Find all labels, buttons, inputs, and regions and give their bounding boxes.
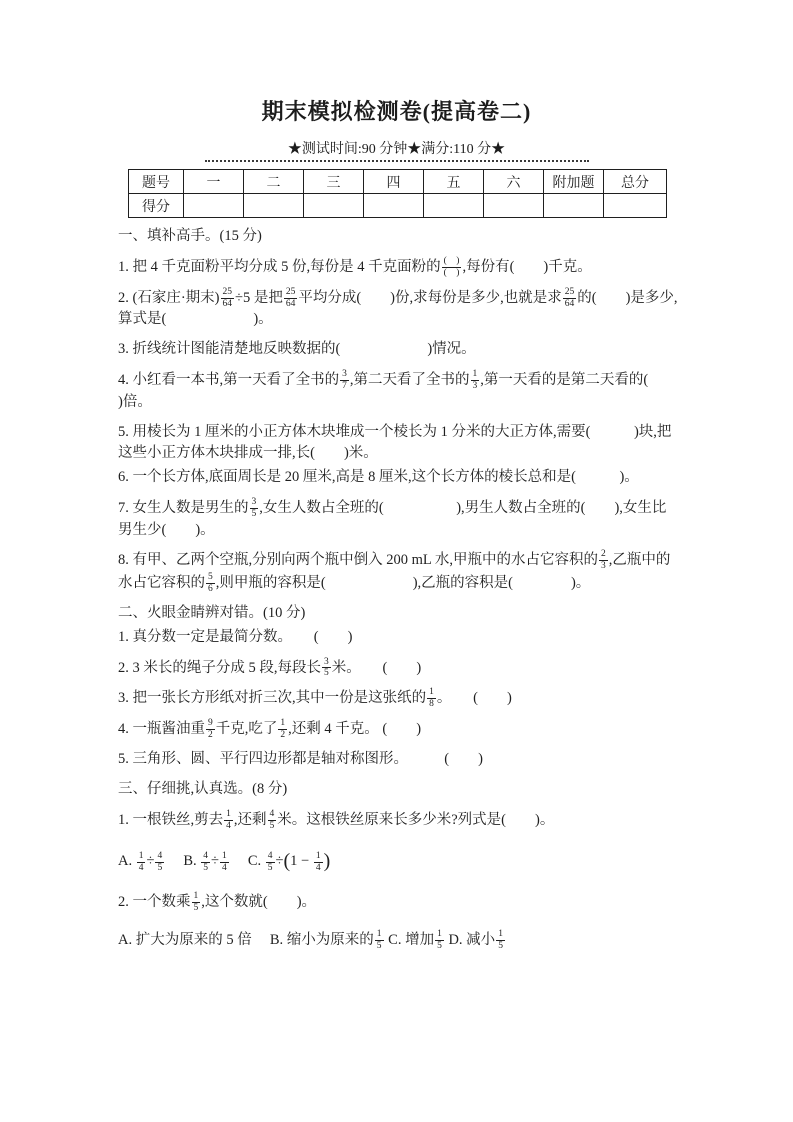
fraction: 15 — [375, 929, 384, 952]
score-table-header-cell: 四 — [364, 170, 424, 194]
text-run: C. 增加 — [385, 932, 435, 948]
text-run: 4. 小红看一本书,第一天看了全书的 — [118, 372, 339, 388]
exam-page: 期末模拟检测卷(提高卷二) ★测试时间:90 分钟★满分:110 分★ 题号 一… — [0, 0, 793, 1122]
text-run: 1 − — [290, 853, 313, 869]
text-run: 5. 三角形、圆、平行四边形都是轴对称图形。 ( ) — [118, 751, 483, 767]
text-run: 平均分成( )份,求每份是多少,也就是求 — [298, 289, 561, 305]
score-table: 题号 一 二 三 四 五 六 附加题 总分 得分 — [128, 169, 667, 218]
fraction: 23 — [599, 549, 608, 572]
question-text: 5. 三角形、圆、平行四边形都是轴对称图形。 ( ) — [118, 749, 678, 771]
fraction: 15 — [496, 929, 505, 952]
score-table-header-cell: 五 — [424, 170, 484, 194]
text-run: 米。这根铁丝原来长多少米?列式是( )。 — [277, 811, 554, 827]
fraction: 15 — [435, 929, 444, 952]
score-table-header-cell: 二 — [244, 170, 304, 194]
score-cell-empty — [304, 194, 364, 218]
questions-area: 一、填补高手。(15 分) 1. 把 4 千克面粉平均分成 5 份,每份是 4 … — [118, 226, 678, 952]
question-text: 8. 有甲、乙两个空瓶,分别向两个瓶中倒入 200 mL 水,甲瓶中的水占它容积… — [118, 549, 678, 595]
score-cell-empty — [244, 194, 304, 218]
fraction: 35 — [250, 497, 259, 520]
question-text: 4. 小红看一本书,第一天看了全书的37,第二天看了全书的13,第一天看的是第二… — [118, 369, 678, 414]
text-run: 米。 ( ) — [332, 659, 421, 675]
score-cell-empty — [544, 194, 604, 218]
fraction: 35 — [322, 657, 331, 680]
text-run: 3. 折线统计图能清楚地反映数据的( )情况。 — [118, 341, 476, 357]
text-run: 1. 真分数一定是最简分数。 ( ) — [118, 629, 352, 645]
score-table-header-cell: 六 — [484, 170, 544, 194]
page-title: 期末模拟检测卷(提高卷二) — [0, 95, 793, 126]
question-text: 3. 把一张长方形纸对折三次,其中一份是这张纸的18。 ( ) — [118, 687, 678, 710]
question-text: 5. 用棱长为 1 厘米的小正方体木块堆成一个棱长为 1 分米的大正方体,需要(… — [118, 422, 678, 466]
fraction: ( )( ) — [442, 256, 462, 279]
score-table-header-row: 题号 一 二 三 四 五 六 附加题 总分 — [129, 170, 667, 194]
text-run: ,则甲瓶的容积是( ),乙瓶的容积是( )。 — [216, 575, 591, 591]
text-run: B. — [165, 853, 200, 869]
fraction: 13 — [471, 369, 480, 392]
text-run: ,第二天看了全书的 — [350, 372, 470, 388]
score-table-header-cell: 一 — [184, 170, 244, 194]
answer-options: A. 扩大为原来的 5 倍 B. 缩小为原来的15 C. 增加15 D. 减小1… — [118, 929, 678, 952]
text-run: 6. 一个长方体,底面周长是 20 厘米,高是 8 厘米,这个长方体的棱长总和是… — [118, 469, 639, 485]
question-text: 2. 3 米长的绳子分成 5 段,每段长35米。 ( ) — [118, 657, 678, 680]
fraction: 2564 — [221, 287, 235, 310]
fraction: 14 — [224, 809, 233, 832]
score-table-header-cell: 总分 — [604, 170, 667, 194]
text-run: 千克,吃了 — [216, 721, 278, 737]
text-run: 2. (石家庄·期末) — [118, 289, 220, 305]
text-run: 1. 一根铁丝,剪去 — [118, 811, 223, 827]
fraction: 14 — [137, 851, 146, 874]
fraction: 15 — [192, 891, 201, 914]
text-run: ,还剩 — [234, 811, 267, 827]
fraction: 2564 — [284, 287, 298, 310]
text-run: 2. 3 米长的绳子分成 5 段,每段长 — [118, 659, 321, 675]
text-run: ,这个数就( )。 — [201, 894, 316, 910]
fraction: 14 — [314, 851, 323, 874]
text-run: ,还剩 4 千克。 ( ) — [288, 721, 421, 737]
score-cell-empty — [604, 194, 667, 218]
text-run: 。 ( ) — [437, 690, 512, 706]
answer-options: A. 14÷45 B. 45÷14 C. 45÷(1 − 14) — [118, 846, 678, 876]
score-table-header-cell: 附加题 — [544, 170, 604, 194]
text-run: 3. 把一张长方形纸对折三次,其中一份是这张纸的 — [118, 690, 426, 706]
question-text: 1. 一根铁丝,剪去14,还剩45米。这根铁丝原来长多少米?列式是( )。 — [118, 809, 678, 832]
fraction: 45 — [201, 851, 210, 874]
question-text: 7. 女生人数是男生的35,女生人数占全班的( ),男生人数占全班的( ),女生… — [118, 497, 678, 542]
score-cell-empty — [364, 194, 424, 218]
score-table-header-cell: 题号 — [129, 170, 184, 194]
question-text: 3. 折线统计图能清楚地反映数据的( )情况。 — [118, 339, 678, 361]
text-run: 2. 一个数乘 — [118, 894, 191, 910]
fraction: 45 — [155, 851, 164, 874]
text-run: 4. 一瓶酱油重 — [118, 721, 205, 737]
text-run: A. — [118, 853, 136, 869]
section-heading: 一、填补高手。(15 分) — [118, 226, 678, 248]
text-run: ÷ — [211, 853, 219, 869]
score-cell-empty — [484, 194, 544, 218]
fraction: 45 — [268, 809, 277, 832]
question-text: 4. 一瓶酱油重92千克,吃了12,还剩 4 千克。 ( ) — [118, 718, 678, 741]
section-heading: 三、仔细挑,认真选。(8 分) — [118, 779, 678, 801]
fraction: 37 — [340, 369, 349, 392]
question-text: 1. 把 4 千克面粉平均分成 5 份,每份是 4 千克面粉的( )( ),每份… — [118, 256, 678, 279]
fraction: 14 — [220, 851, 229, 874]
score-table-score-row: 得分 — [129, 194, 667, 218]
text-run: ,每份有( )千克。 — [462, 259, 591, 275]
score-cell-empty — [424, 194, 484, 218]
section-heading: 二、火眼金睛辨对错。(10 分) — [118, 603, 678, 625]
big-paren: ) — [324, 850, 331, 872]
question-text: 6. 一个长方体,底面周长是 20 厘米,高是 8 厘米,这个长方体的棱长总和是… — [118, 467, 678, 489]
score-cell-empty — [184, 194, 244, 218]
score-row-label: 得分 — [129, 194, 184, 218]
text-run: A. 扩大为原来的 5 倍 B. 缩小为原来的 — [118, 932, 374, 948]
text-run: 7. 女生人数是男生的 — [118, 500, 249, 516]
text-run: 8. 有甲、乙两个空瓶,分别向两个瓶中倒入 200 mL 水,甲瓶中的水占它容积… — [118, 552, 598, 568]
score-table-header-cell: 三 — [304, 170, 364, 194]
question-text: 2. 一个数乘15,这个数就( )。 — [118, 891, 678, 914]
fraction: 45 — [266, 851, 275, 874]
fraction: 12 — [278, 718, 287, 741]
text-run: ÷5 是把 — [235, 289, 283, 305]
text-run: 1. 把 4 千克面粉平均分成 5 份,每份是 4 千克面粉的 — [118, 259, 441, 275]
exam-info-line: ★测试时间:90 分钟★满分:110 分★ — [205, 138, 589, 162]
text-run: ÷ — [146, 853, 154, 869]
fraction: 18 — [427, 687, 436, 710]
text-run: 5. 用棱长为 1 厘米的小正方体木块堆成一个棱长为 1 分米的大正方体,需要(… — [118, 424, 671, 462]
fraction: 56 — [206, 572, 215, 595]
fraction: 2564 — [563, 287, 577, 310]
text-run: C. — [230, 853, 265, 869]
question-text: 2. (石家庄·期末)2564÷5 是把2564平均分成( )份,求每份是多少,… — [118, 287, 678, 332]
question-text: 1. 真分数一定是最简分数。 ( ) — [118, 627, 678, 649]
text-run: D. 减小 — [445, 932, 495, 948]
fraction: 92 — [206, 718, 215, 741]
